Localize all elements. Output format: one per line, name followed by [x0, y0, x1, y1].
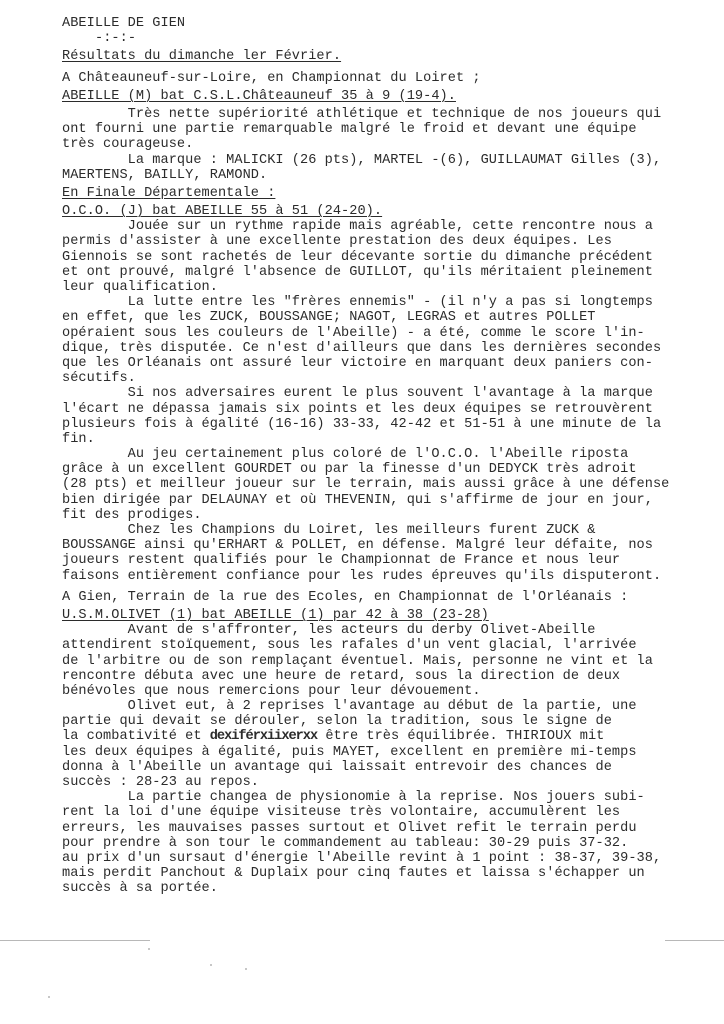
report-line: ont fourni une partie remarquable malgré… [62, 122, 722, 137]
scan-artifact-line [665, 940, 724, 941]
report-line: fit des prodiges. [62, 508, 722, 523]
scan-artifact-line [0, 940, 150, 941]
header-separator: -:-:- [62, 31, 722, 46]
match-intro: A Gien, Terrain de la rue des Ecoles, en… [62, 590, 722, 605]
report-line: les deux équipes à égalité, puis MAYET, … [62, 745, 722, 760]
report-line: BOUSSANGE ainsi qu'ERHART & POLLET, en d… [62, 538, 722, 553]
report-line: Chez les Champions du Loiret, les meille… [62, 523, 722, 538]
match-result: ABEILLE (M) bat C.S.L.Châteauneuf 35 à 9… [62, 89, 456, 104]
report-line: grâce à un excellent GOURDET ou par la f… [62, 462, 722, 477]
scan-speck [210, 964, 212, 966]
report-line: opéraient sous les couleurs de l'Abeille… [62, 326, 722, 341]
report-line: plusieurs fois à égalité (16-16) 33-33, … [62, 417, 722, 432]
scan-speck [245, 968, 247, 970]
struck-line: la combativité et dexiférxiixerxx être t… [62, 729, 722, 744]
match-section-finale: En Finale Départementale : O.C.O. (J) ba… [62, 183, 722, 584]
match-report: Jouée sur un rythme rapide mais agréable… [62, 219, 722, 584]
report-line: (28 pts) et meilleur joueur sur le terra… [62, 477, 722, 492]
report-line: attendirent stoïquement, sous les rafale… [62, 638, 722, 653]
report-line: Si nos adversaires eurent le plus souven… [62, 386, 722, 401]
match-section-gien: A Gien, Terrain de la rue des Ecoles, en… [62, 590, 722, 897]
struck-out-text: dexiférxiixerxx [210, 729, 317, 744]
match-report: Avant de s'affronter, les acteurs du der… [62, 623, 722, 729]
match-intro: En Finale Départementale : [62, 186, 275, 201]
report-line: MAERTENS, BAILLY, RAMOND. [62, 168, 722, 183]
report-line: dique, très disputée. Ce n'est d'ailleur… [62, 341, 722, 356]
match-report-continued: les deux équipes à égalité, puis MAYET, … [62, 745, 722, 897]
match-intro: A Châteauneuf-sur-Loire, en Championnat … [62, 71, 722, 86]
report-line: permis d'assister à une excellente prest… [62, 234, 722, 249]
match-report: Très nette supériorité athlétique et tec… [62, 107, 722, 183]
report-line: Avant de s'affronter, les acteurs du der… [62, 623, 722, 638]
report-line: en effet, que les ZUCK, BOUSSANGE; NAGOT… [62, 310, 722, 325]
report-line: très courageuse. [62, 137, 722, 152]
report-line: que les Orléanais ont assuré leur victoi… [62, 356, 722, 371]
report-line: donna à l'Abeille un avantage qui laissa… [62, 760, 722, 775]
report-line: sécutifs. [62, 371, 722, 386]
report-line: Olivet eut, à 2 reprises l'avantage au d… [62, 699, 722, 714]
report-line: faisons entièrement confiance pour les r… [62, 569, 722, 584]
report-line: Giennois se sont rachetés de leur déceva… [62, 250, 722, 265]
separator-text: -:-:- [95, 31, 136, 46]
match-result: U.S.M.OLIVET (1) bat ABEILLE (1) par 42 … [62, 608, 489, 623]
report-line: de l'arbitre ou de son remplaçant éventu… [62, 654, 722, 669]
struck-line-after: être très équilibrée. THIRIOUX mit [317, 729, 604, 744]
report-line: La partie changea de physionomie à la re… [62, 790, 722, 805]
report-line: leur qualification. [62, 280, 722, 295]
report-line: bien dirigée par DELAUNAY et où THEVENIN… [62, 493, 722, 508]
report-line: erreurs, les mauvaises passes surtout et… [62, 821, 722, 836]
report-line: au prix d'un sursaut d'énergie l'Abeille… [62, 851, 722, 866]
report-line: pour prendre à son tour le commandement … [62, 836, 722, 851]
report-line: rent la loi d'une équipe visiteuse très … [62, 805, 722, 820]
report-line: rencontre débuta avec une heure de retar… [62, 669, 722, 684]
report-line: partie qui devait se dérouler, selon la … [62, 714, 722, 729]
report-line: mais perdit Panchout & Duplaix pour cinq… [62, 866, 722, 881]
scan-speck [148, 948, 150, 950]
struck-line-before: la combativité et [62, 729, 210, 744]
report-line: La marque : MALICKI (26 pts), MARTEL -(6… [62, 153, 722, 168]
report-line: Au jeu certainement plus coloré de l'O.C… [62, 447, 722, 462]
scan-speck [48, 996, 50, 998]
report-line: La lutte entre les "frères ennemis" - (i… [62, 295, 722, 310]
report-line: joueurs restent qualifiés pour le Champi… [62, 553, 722, 568]
report-line: Très nette supériorité athlétique et tec… [62, 107, 722, 122]
report-line: et ont prouvé, malgré l'absence de GUILL… [62, 265, 722, 280]
report-line: succès à sa portée. [62, 881, 722, 896]
typewritten-page: ABEILLE DE GIEN -:-:- Résultats du diman… [62, 16, 722, 897]
page-title: Résultats du dimanche ler Février. [62, 49, 341, 64]
report-line: l'écart ne dépassa jamais six points et … [62, 402, 722, 417]
report-line: Jouée sur un rythme rapide mais agréable… [62, 219, 722, 234]
club-name: ABEILLE DE GIEN [62, 16, 722, 31]
report-line: bénévoles que nous remercions pour leur … [62, 684, 722, 699]
match-result: O.C.O. (J) bat ABEILLE 55 à 51 (24-20). [62, 204, 382, 219]
report-line: succès : 28-23 au repos. [62, 775, 722, 790]
match-section-chateauneuf: A Châteauneuf-sur-Loire, en Championnat … [62, 71, 722, 183]
report-line: fin. [62, 432, 722, 447]
